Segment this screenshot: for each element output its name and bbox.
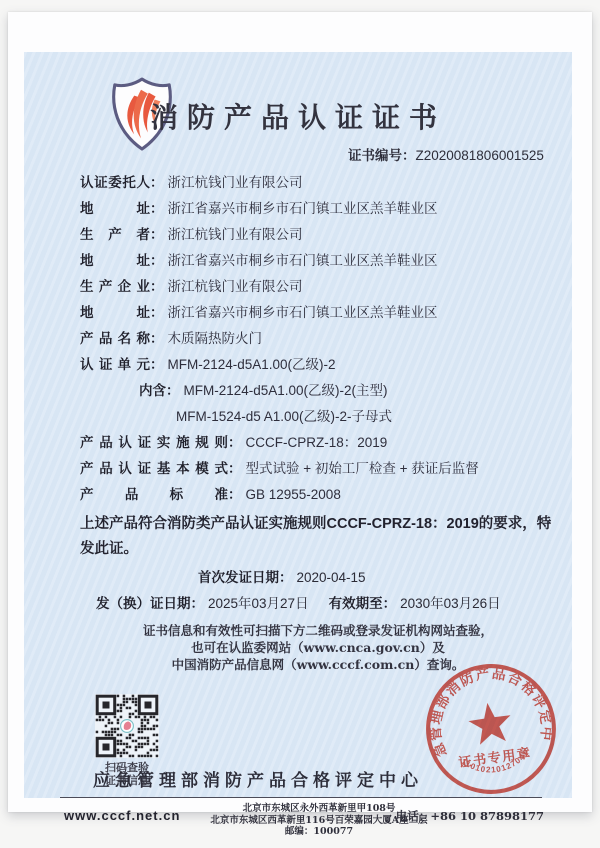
field-value: 浙江杭钱门业有限公司 [168, 279, 303, 294]
included-models-row: 内含：MFM-2124-d5A1.00(乙级)-2(主型) [80, 378, 556, 404]
reissue-value: 2025年03月27日 [208, 596, 309, 611]
certificate-number: 证书编号：Z2020081806001525 [348, 144, 544, 164]
field-row-cert-unit: 认证单元：MFM-2124-d5A1.00(乙级)-2 [80, 352, 556, 378]
field-value: 浙江杭钱门业有限公司 [168, 175, 303, 190]
field-row-product-name: 产品名称：木质隔热防火门 [80, 326, 556, 352]
field-value: MFM-2124-d5A1.00(乙级)-2 [168, 357, 336, 372]
field-value: 浙江省嘉兴市桐乡市石门镇工业区羔羊鞋业区 [168, 305, 438, 320]
field-label: 认证单元 [80, 352, 150, 378]
notice-line-1: 证书信息和有效性可扫描下方二维码或登录发证机构网站查验， [80, 622, 556, 639]
field-row-implementation-rule: 产品认证实施规则：CCCF-CPRZ-18：2019 [80, 430, 556, 456]
field-value: 木质隔热防火门 [168, 331, 263, 346]
field-label: 产品认证基本模式 [80, 456, 228, 482]
included-models-row-2: MFM-1524-d5 A1.00(乙级)-2-子母式 [80, 404, 556, 430]
website-text: www.cccf.net.cn [64, 808, 180, 823]
first-issue-date-row: 首次发证日期：2020-04-15 [80, 565, 556, 591]
valid-until-label: 有效期至 [329, 591, 383, 617]
first-issue-label: 首次发证日期 [198, 565, 279, 591]
issue-validity-row: 发（换）证日期：2025年03月27日有效期至：2030年03月26日 [80, 591, 556, 617]
seal-ring-text: 应急管理部消防产品合格评定中心 [413, 651, 558, 762]
qr-code-icon [95, 694, 159, 758]
notice-line-2: 也可在认监委网站（www.cnca.gov.cn）及 [80, 639, 556, 656]
field-value: 浙江省嘉兴市桐乡市石门镇工业区羔羊鞋业区 [168, 253, 438, 268]
compliance-statement: 上述产品符合消防类产品认证实施规则CCCF-CPRZ-18：2019的要求，特发… [80, 512, 554, 562]
certificate-page: 消防产品认证证书 证书编号：Z2020081806001525 认证委托人：浙江… [8, 12, 592, 812]
issuer-name: 应急管理部消防产品合格评定中心 [24, 766, 492, 791]
field-row-address-1: 地址：浙江省嘉兴市桐乡市石门镇工业区羔羊鞋业区 [80, 196, 556, 222]
field-value: 浙江杭钱门业有限公司 [168, 227, 303, 242]
field-label: 产品标准 [80, 482, 228, 508]
seal-star-icon [466, 700, 514, 746]
included-model-2: MFM-1524-d5 A1.00(乙级)-2-子母式 [176, 409, 392, 424]
included-label: 内含 [139, 378, 166, 404]
field-row-producer: 生产者：浙江杭钱门业有限公司 [80, 222, 556, 248]
field-row-address-3: 地址：浙江省嘉兴市桐乡市石门镇工业区羔羊鞋业区 [80, 300, 556, 326]
field-row-address-2: 地址：浙江省嘉兴市桐乡市石门镇工业区羔羊鞋业区 [80, 248, 556, 274]
included-model-1: MFM-2124-d5A1.00(乙级)-2(主型) [184, 383, 388, 398]
first-issue-value: 2020-04-15 [297, 570, 366, 585]
certificate-panel: 消防产品认证证书 证书编号：Z2020081806001525 认证委托人：浙江… [24, 52, 572, 798]
postcode: 邮编：100077 [174, 826, 464, 838]
field-value: CCCF-CPRZ-18：2019 [246, 435, 388, 450]
field-label: 认证委托人 [80, 170, 150, 196]
field-label: 生产者 [80, 222, 150, 248]
field-value: 浙江省嘉兴市桐乡市石门镇工业区羔羊鞋业区 [168, 201, 438, 216]
field-row-applicant: 认证委托人：浙江杭钱门业有限公司 [80, 170, 556, 196]
field-label: 地址 [80, 196, 150, 222]
certificate-title: 消防产品认证证书 [24, 96, 572, 136]
field-label: 地址 [80, 300, 150, 326]
valid-until-value: 2030年03月26日 [400, 596, 501, 611]
field-label: 地址 [80, 248, 150, 274]
reissue-label: 发（换）证日期 [96, 591, 191, 617]
certificate-number-label: 证书编号 [348, 148, 402, 163]
certificate-number-value: Z2020081806001525 [416, 148, 544, 163]
footer: www.cccf.net.cn 北京市东城区永外西革新里甲108号 北京市东城区… [24, 802, 572, 848]
field-value: 型式试验 + 初始工厂检查 + 获证后监督 [246, 461, 479, 476]
field-label: 产品名称 [80, 326, 150, 352]
footer-divider [60, 797, 542, 798]
field-label: 生产企业 [80, 274, 150, 300]
field-row-basic-mode: 产品认证基本模式：型式试验 + 初始工厂检查 + 获证后监督 [80, 456, 556, 482]
field-value: GB 12955-2008 [246, 487, 341, 502]
phone-number: 电话：+86 10 87898177 [396, 808, 544, 824]
field-row-product-standard: 产品标准：GB 12955-2008 [80, 482, 556, 508]
certificate-body: 认证委托人：浙江杭钱门业有限公司 地址：浙江省嘉兴市桐乡市石门镇工业区羔羊鞋业区… [80, 170, 556, 673]
svg-text:应急管理部消防产品合格评定中心: 应急管理部消防产品合格评定中心 [413, 651, 558, 762]
field-label: 产品认证实施规则 [80, 430, 228, 456]
field-row-manufacturer: 生产企业：浙江杭钱门业有限公司 [80, 274, 556, 300]
